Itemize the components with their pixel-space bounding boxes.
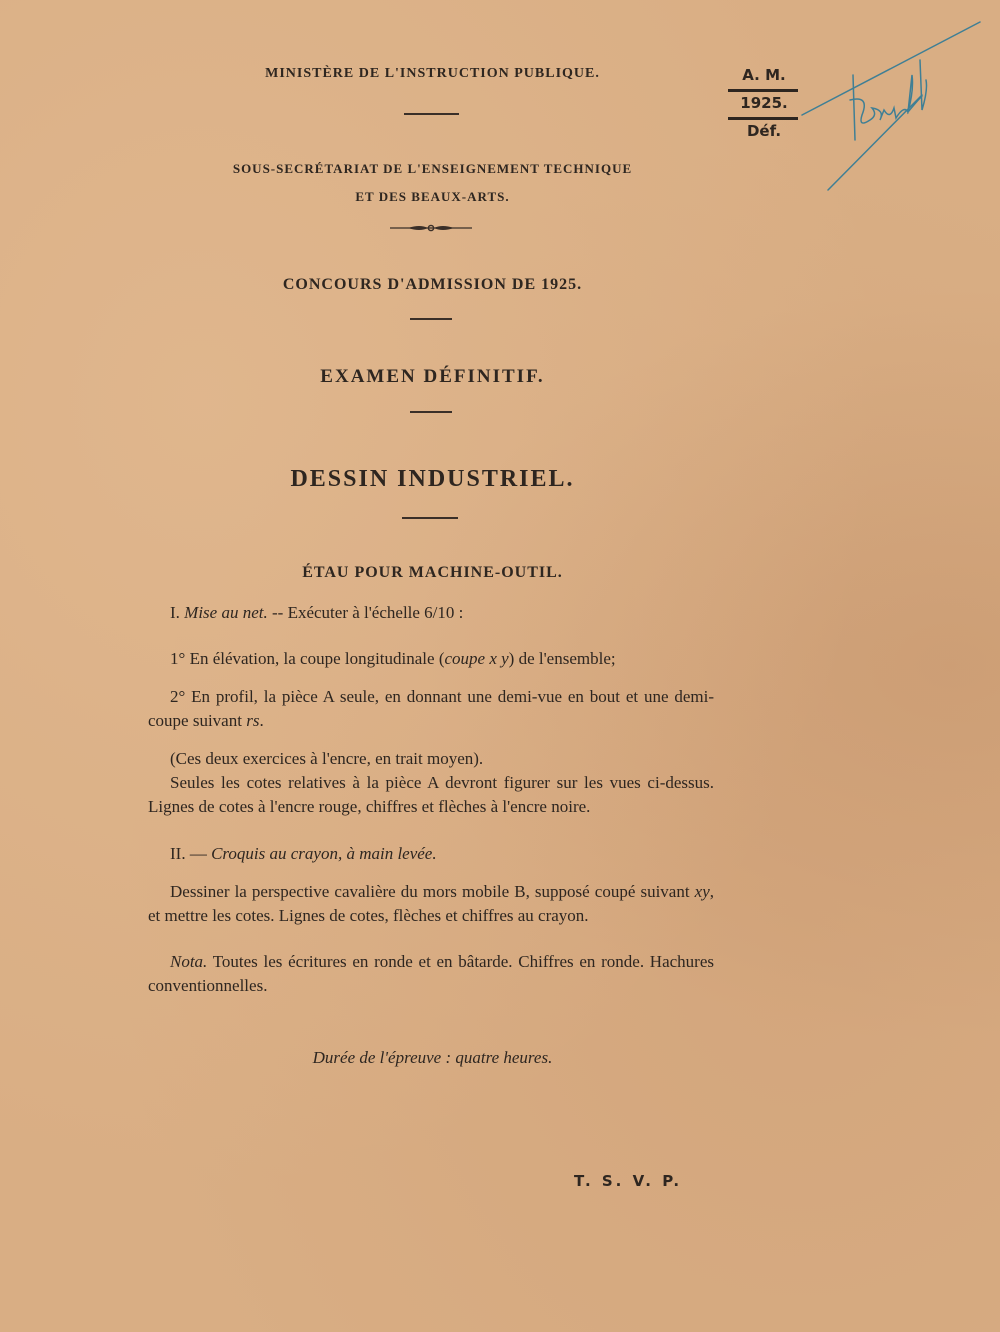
item-text: . bbox=[259, 711, 263, 730]
item-number: 2° bbox=[170, 687, 185, 706]
section-1-heading: I. Mise au net. -- Exécuter à l'échelle … bbox=[148, 601, 714, 625]
reference-rule bbox=[728, 117, 798, 120]
item-text: ) de l'ensemble; bbox=[509, 649, 616, 668]
item-number: 1° bbox=[170, 649, 185, 668]
divider bbox=[404, 113, 459, 115]
reference-type: Déf. bbox=[728, 122, 800, 140]
reference-code: A. M. bbox=[728, 66, 800, 84]
reference-year: 1925. bbox=[728, 94, 800, 112]
note-ink: (Ces deux exercices à l'encre, en trait … bbox=[148, 747, 714, 771]
turn-over-note: T. S. V. P. bbox=[574, 1172, 682, 1190]
concours-heading: CONCOURS D'ADMISSION DE 1925. bbox=[0, 276, 865, 294]
section-title: Mise au net. bbox=[184, 603, 268, 622]
item-2: 2° En profil, la pièce A seule, en donna… bbox=[148, 685, 714, 733]
sub-secretariat-line1: SOUS-SECRÉTARIAT DE L'ENSEIGNEMENT TECHN… bbox=[0, 161, 865, 177]
section-2: II. — Croquis au crayon, à main levée. D… bbox=[148, 842, 714, 998]
examen-heading: EXAMEN DÉFINITIF. bbox=[0, 366, 865, 388]
section-title: Croquis au crayon, à main levée. bbox=[211, 844, 437, 863]
item-text: En élévation, la coupe longitudinale ( bbox=[185, 649, 444, 668]
reference-rule bbox=[728, 89, 798, 92]
nota: Nota. Toutes les écritures en ronde et e… bbox=[148, 950, 714, 998]
item-emphasis: rs bbox=[246, 711, 259, 730]
section-number: II. — bbox=[170, 844, 211, 863]
ornament-divider-icon bbox=[388, 222, 474, 234]
divider bbox=[402, 517, 458, 519]
nota-text: Toutes les écritures en ronde et en bâta… bbox=[148, 952, 714, 995]
section-intro: -- Exécuter à l'échelle 6/10 : bbox=[268, 603, 464, 622]
section-2-heading: II. — Croquis au crayon, à main levée. bbox=[148, 842, 714, 866]
section-1: I. Mise au net. -- Exécuter à l'échelle … bbox=[148, 601, 714, 819]
handwritten-signature-icon bbox=[800, 20, 990, 200]
item-emphasis: coupe x y bbox=[444, 649, 508, 668]
note-dimensions: Seules les cotes relatives à la pièce A … bbox=[148, 771, 714, 819]
section-2-text: Dessiner la perspective cavalière du mor… bbox=[148, 880, 714, 928]
item-1: 1° En élévation, la coupe longitudinale … bbox=[148, 647, 714, 671]
nota-label: Nota. bbox=[170, 952, 207, 971]
item-text: En profil, la pièce A seule, en donnant … bbox=[148, 687, 714, 730]
item-text: Dessiner la perspective cavalière du mor… bbox=[170, 882, 695, 901]
item-emphasis: xy bbox=[695, 882, 710, 901]
sub-secretariat-line2: ET DES BEAUX-ARTS. bbox=[0, 189, 865, 205]
divider bbox=[410, 411, 452, 413]
divider bbox=[410, 318, 452, 320]
duration: Durée de l'épreuve : quatre heures. bbox=[0, 1048, 865, 1068]
section-number: I. bbox=[170, 603, 180, 622]
subject-title: DESSIN INDUSTRIEL. bbox=[0, 466, 865, 493]
topic-heading: ÉTAU POUR MACHINE-OUTIL. bbox=[0, 564, 865, 582]
